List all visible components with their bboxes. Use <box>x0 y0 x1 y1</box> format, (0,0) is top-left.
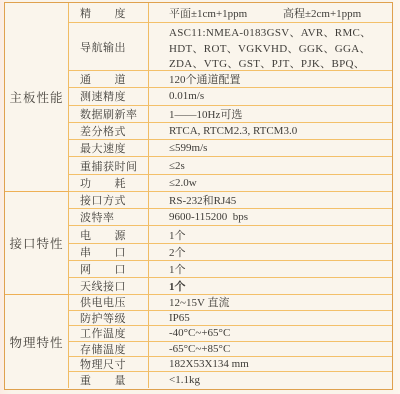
row-value-power-port: 1个 <box>149 226 392 243</box>
row-label-weight: 重 量 <box>69 372 149 387</box>
row-value-data-refresh-rate: 1——10Hz可选 <box>149 106 392 123</box>
row-value-max-speed: ≤599m/s <box>149 140 392 157</box>
row-value-channels: 120个通道配置 <box>149 71 392 88</box>
row-label-network-port: 网 口 <box>69 261 149 278</box>
row-label-operating-temperature: 工作温度 <box>69 326 149 341</box>
row-value-storage-temperature: -65°C~+85°C <box>149 342 392 357</box>
row-label-physical-dimensions: 物理尺寸 <box>69 357 149 372</box>
row-label-differential-format: 差分格式 <box>69 123 149 140</box>
row-value-interface-type: RS-232和RJ45 <box>149 192 392 209</box>
spec-sheet-page: 主板性能 接口特性 物理特性 精 度 平面±1cm+1ppm 高程±2cm+1p… <box>0 0 400 394</box>
row-label-baud-rate: 波特率 <box>69 209 149 226</box>
row-value-serial-port: 2个 <box>149 244 392 261</box>
row-label-accuracy: 精 度 <box>69 3 149 23</box>
row-label-storage-temperature: 存储温度 <box>69 342 149 357</box>
row-label-reacquisition-time: 重捕获时间 <box>69 157 149 174</box>
row-value-antenna-port: 1个 <box>149 278 392 295</box>
row-label-protection-rating: 防护等级 <box>69 311 149 326</box>
row-value-accuracy: 平面±1cm+1ppm 高程±2cm+1ppm <box>149 3 392 23</box>
spec-table: 主板性能 接口特性 物理特性 精 度 平面±1cm+1ppm 高程±2cm+1p… <box>4 2 393 390</box>
row-label-power-port: 电 源 <box>69 226 149 243</box>
row-value-power-consumption: ≤2.0w <box>149 175 392 192</box>
row-label-antenna-port: 天线接口 <box>69 278 149 295</box>
row-label-power-consumption: 功 耗 <box>69 175 149 192</box>
row-label-velocity-accuracy: 测速精度 <box>69 88 149 105</box>
row-value-reacquisition-time: ≤2s <box>149 157 392 174</box>
section-label-mainboard-performance: 主板性能 <box>5 3 69 192</box>
row-value-velocity-accuracy: 0.01m/s <box>149 88 392 105</box>
row-value-baud-rate: 9600-115200 bps <box>149 209 392 226</box>
row-value-physical-dimensions: 182X53X134 mm <box>149 357 392 372</box>
row-value-nav-output: ASC11:NMEA-0183GSV、AVR、RMC、HDT、ROT、VGKVH… <box>149 23 392 71</box>
row-value-operating-temperature: -40°C~+65°C <box>149 326 392 341</box>
row-value-protection-rating: IP65 <box>149 311 392 326</box>
row-value-weight: <1.1kg <box>149 372 392 387</box>
section-label-physical-characteristics: 物理特性 <box>5 295 69 388</box>
row-value-differential-format: RTCA, RTCM2.3, RTCM3.0 <box>149 123 392 140</box>
row-label-supply-voltage: 供电电压 <box>69 295 149 310</box>
row-label-interface-type: 接口方式 <box>69 192 149 209</box>
row-label-serial-port: 串 口 <box>69 244 149 261</box>
row-value-network-port: 1个 <box>149 261 392 278</box>
row-label-channels: 通 道 <box>69 71 149 88</box>
row-label-data-refresh-rate: 数据刷新率 <box>69 106 149 123</box>
row-label-max-speed: 最大速度 <box>69 140 149 157</box>
row-label-nav-output: 导航输出 <box>69 23 149 71</box>
section-label-interface-characteristics: 接口特性 <box>5 192 69 295</box>
row-value-supply-voltage: 12~15V 直流 <box>149 295 392 310</box>
